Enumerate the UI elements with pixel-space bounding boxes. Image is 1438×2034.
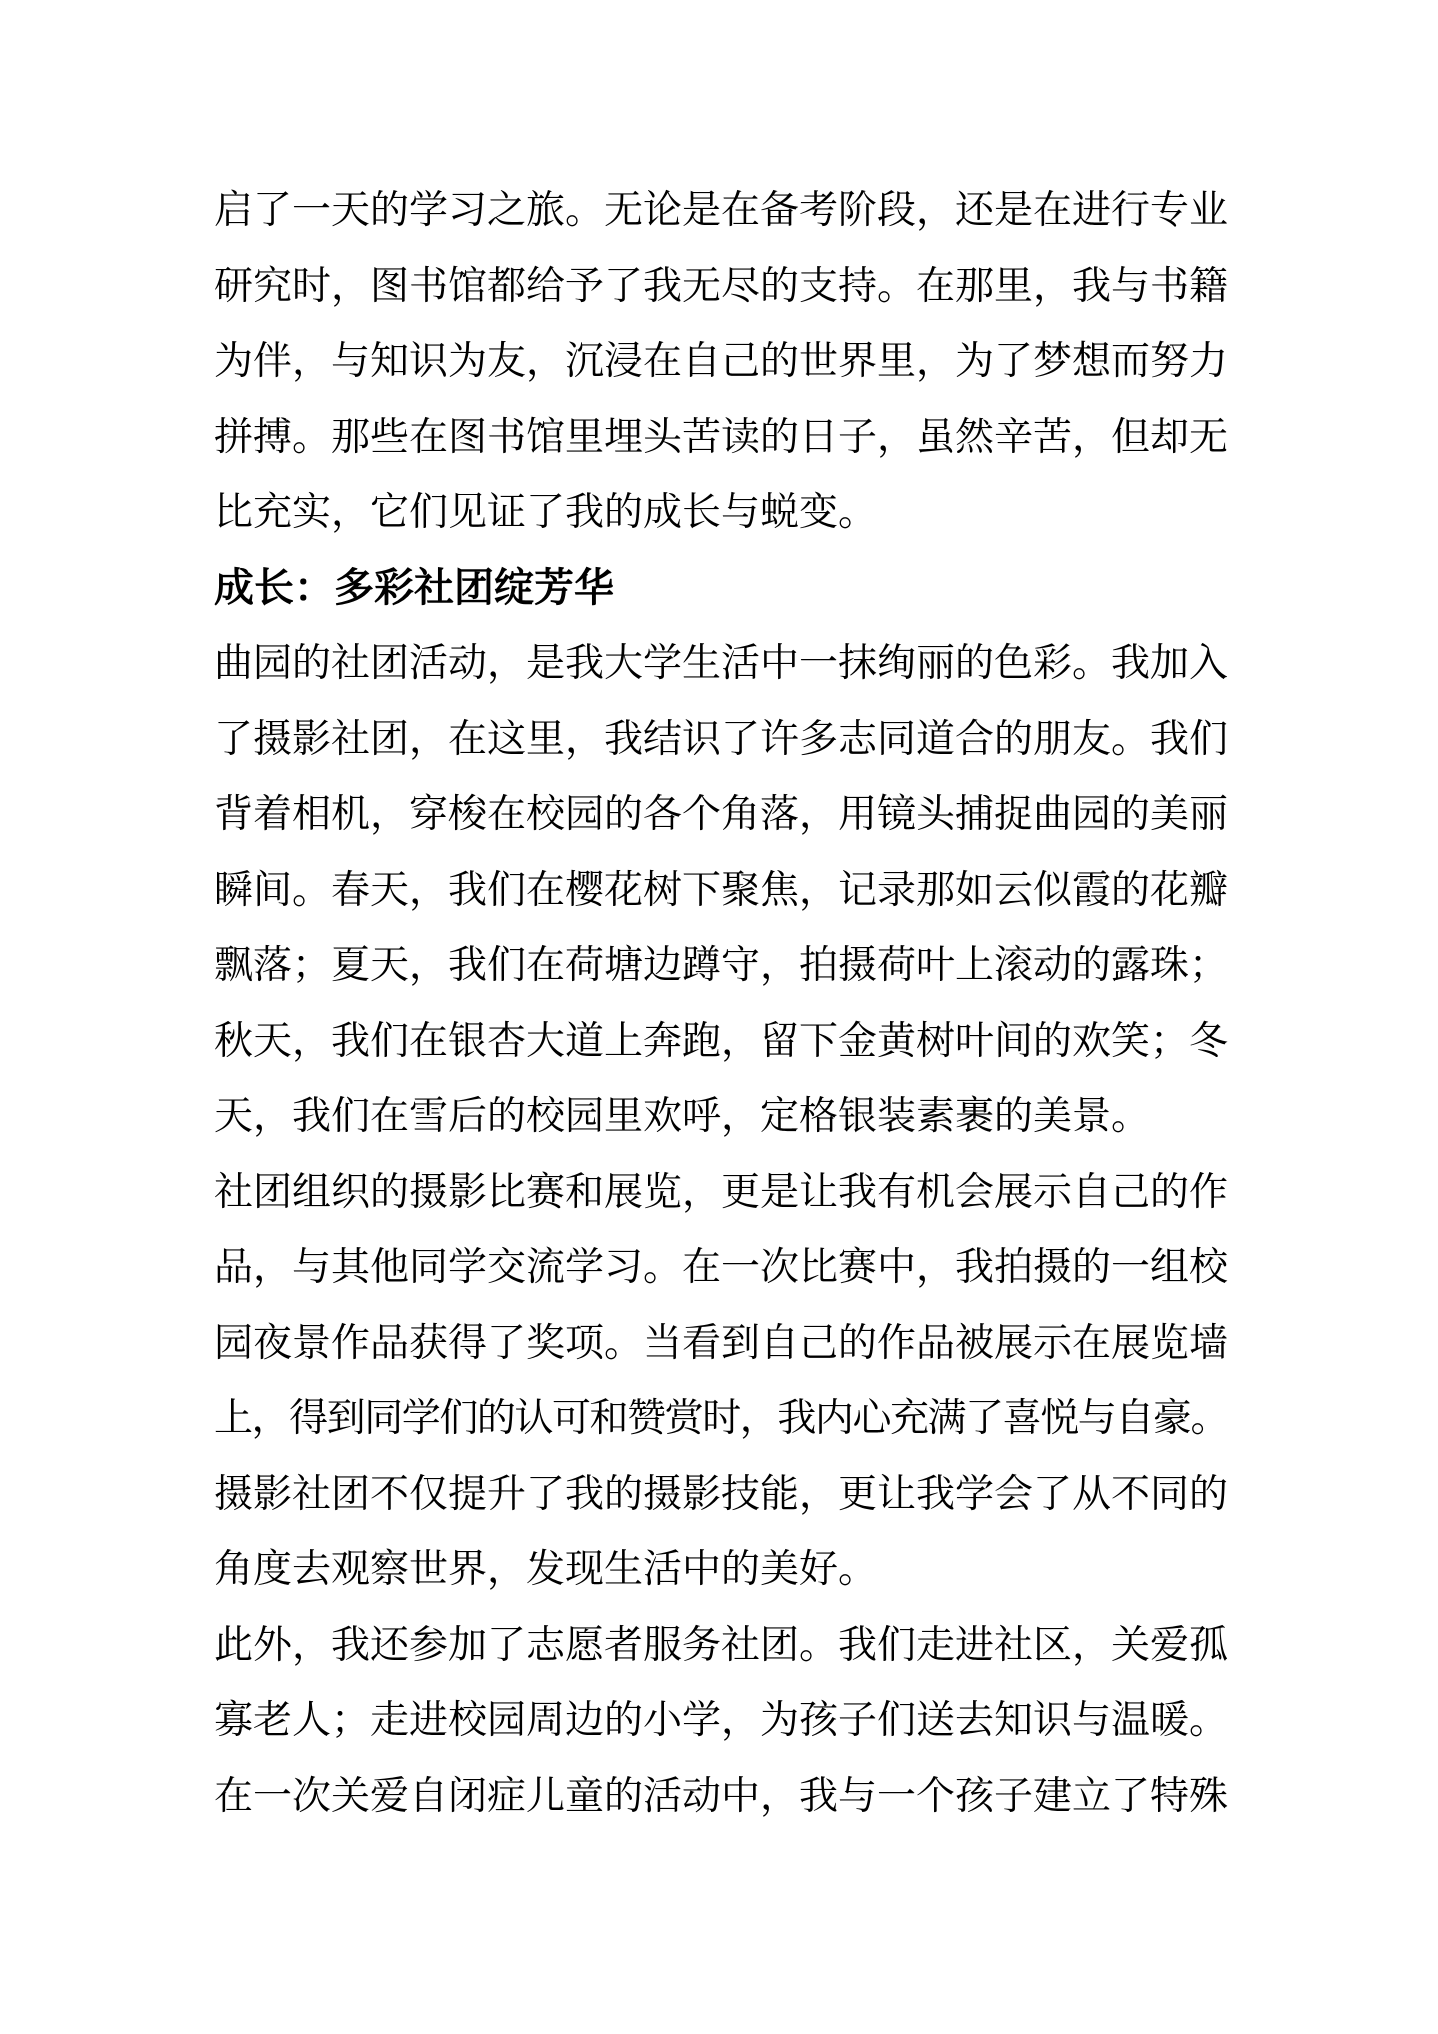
text-line: 背着相机，穿梭在校园的各个角落，用镜头捕捉曲园的美丽 (214, 777, 1228, 853)
text-line: 瞬间。春天，我们在樱花树下聚焦，记录那如云似霞的花瓣 (214, 853, 1228, 929)
text-line: 比充实，它们见证了我的成长与蜕变。 (214, 475, 1228, 551)
text-line: 飘落；夏天，我们在荷塘边蹲守，拍摄荷叶上滚动的露珠； (214, 928, 1228, 1004)
text-line: 此外，我还参加了志愿者服务社团。我们走进社区，关爱孤 (214, 1608, 1228, 1684)
heading-line: 成长：多彩社团绽芳华 (214, 551, 1228, 627)
paragraph: 曲园的社团活动，是我大学生活中一抹绚丽的色彩。我加入了摄影社团，在这里，我结识了… (214, 626, 1228, 1155)
text-line: 启了一天的学习之旅。无论是在备考阶段，还是在进行专业 (214, 173, 1228, 249)
text-line: 研究时，图书馆都给予了我无尽的支持。在那里，我与书籍 (214, 249, 1228, 325)
text-line: 摄影社团不仅提升了我的摄影技能，更让我学会了从不同的 (214, 1457, 1228, 1533)
paragraph: 社团组织的摄影比赛和展览，更是让我有机会展示自己的作品，与其他同学交流学习。在一… (214, 1155, 1228, 1608)
text-line: 曲园的社团活动，是我大学生活中一抹绚丽的色彩。我加入 (214, 626, 1228, 702)
text-line: 寡老人；走进校园周边的小学，为孩子们送去知识与温暖。 (214, 1683, 1228, 1759)
document-page: 启了一天的学习之旅。无论是在备考阶段，还是在进行专业研究时，图书馆都给予了我无尽… (0, 0, 1438, 2034)
document-body: 启了一天的学习之旅。无论是在备考阶段，还是在进行专业研究时，图书馆都给予了我无尽… (214, 173, 1228, 1834)
paragraph: 启了一天的学习之旅。无论是在备考阶段，还是在进行专业研究时，图书馆都给予了我无尽… (214, 173, 1228, 551)
section-heading: 成长：多彩社团绽芳华 (214, 551, 1228, 627)
text-line: 上，得到同学们的认可和赞赏时，我内心充满了喜悦与自豪。 (214, 1381, 1228, 1457)
text-line: 秋天，我们在银杏大道上奔跑，留下金黄树叶间的欢笑；冬 (214, 1004, 1228, 1080)
text-line: 在一次关爱自闭症儿童的活动中，我与一个孩子建立了特殊 (214, 1759, 1228, 1835)
text-line: 园夜景作品获得了奖项。当看到自己的作品被展示在展览墙 (214, 1306, 1228, 1382)
text-line: 品，与其他同学交流学习。在一次比赛中，我拍摄的一组校 (214, 1230, 1228, 1306)
text-line: 为伴，与知识为友，沉浸在自己的世界里，为了梦想而努力 (214, 324, 1228, 400)
text-line: 天，我们在雪后的校园里欢呼，定格银装素裹的美景。 (214, 1079, 1228, 1155)
text-line: 了摄影社团，在这里，我结识了许多志同道合的朋友。我们 (214, 702, 1228, 778)
text-line: 拼搏。那些在图书馆里埋头苦读的日子，虽然辛苦，但却无 (214, 400, 1228, 476)
paragraph: 此外，我还参加了志愿者服务社团。我们走进社区，关爱孤寡老人；走进校园周边的小学，… (214, 1608, 1228, 1835)
text-line: 角度去观察世界，发现生活中的美好。 (214, 1532, 1228, 1608)
text-line: 社团组织的摄影比赛和展览，更是让我有机会展示自己的作 (214, 1155, 1228, 1231)
